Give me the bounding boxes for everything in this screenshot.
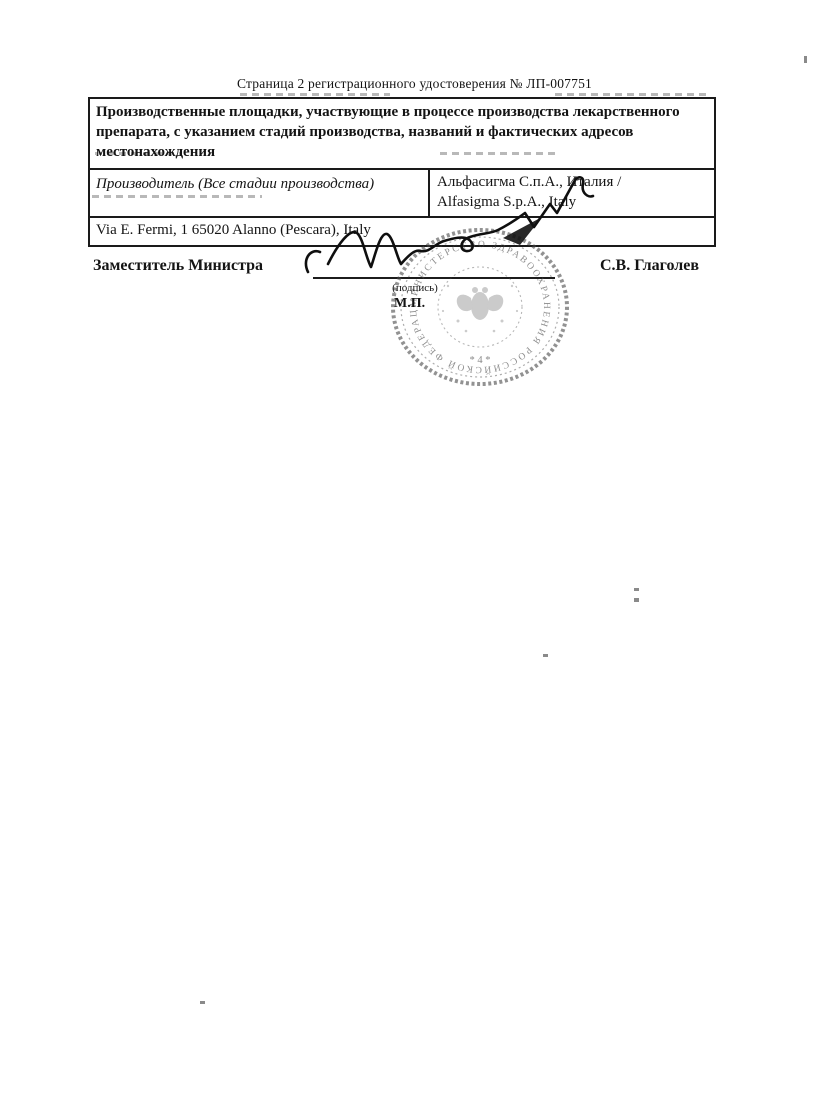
stamp-number: * 4 * — [470, 355, 491, 366]
seal-place-mark: М.П. — [394, 296, 425, 312]
document-page: Страница 2 регистрационного удостоверени… — [0, 0, 829, 1110]
scan-smudge — [240, 93, 390, 96]
scan-smudge — [555, 93, 710, 96]
table-header-cell: Производственные площадки, участвующие в… — [90, 99, 714, 170]
signer-title: Заместитель Министра — [93, 257, 263, 275]
handwritten-signature — [300, 170, 610, 285]
scan-speck — [543, 654, 548, 657]
signature-caption: (подпись) — [295, 282, 535, 294]
page-header: Страница 2 регистрационного удостоверени… — [0, 76, 829, 92]
signer-name: С.В. Глаголев — [600, 257, 699, 275]
scan-speck — [634, 588, 639, 591]
scan-speck — [634, 598, 639, 602]
scan-speck — [804, 56, 807, 63]
scan-speck — [200, 1001, 205, 1004]
signature-flourish — [503, 217, 542, 245]
